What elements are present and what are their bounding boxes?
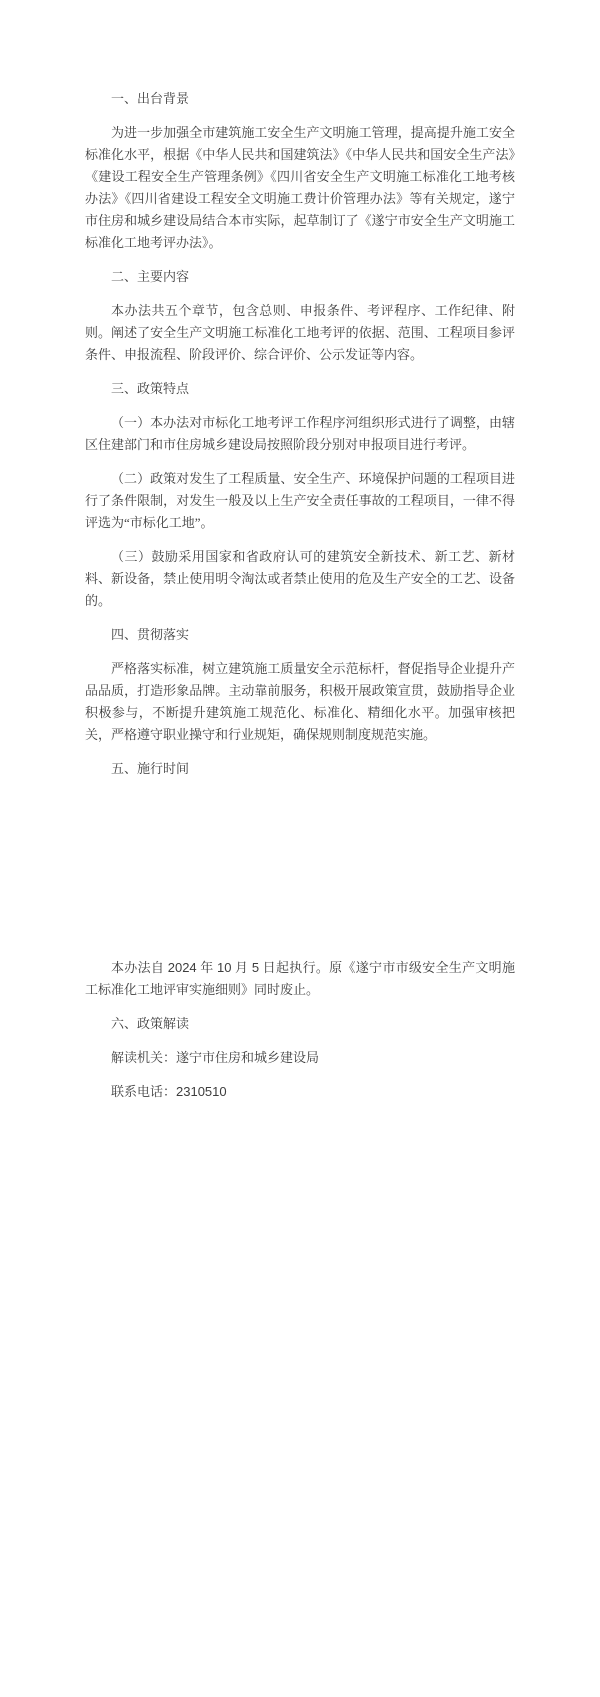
heading-main-content: 二、主要内容	[85, 266, 515, 288]
heading-implementation: 四、贯彻落实	[85, 624, 515, 646]
para-interpretation-agency: 解读机关：遂宁市住房和城乡建设局	[85, 1047, 515, 1069]
para-contact-phone: 联系电话：2310510	[85, 1081, 515, 1103]
para-main-content: 本办法共五个章节，包含总则、申报条件、考评程序、工作纪律、附则。阐述了安全生产文…	[85, 300, 515, 366]
para-feature-3: （三）鼓励采用国家和省政府认可的建筑安全新技术、新工艺、新材料、新设备，禁止使用…	[85, 546, 515, 612]
heading-policy-interpretation: 六、政策解读	[85, 1013, 515, 1035]
heading-effective-date: 五、施行时间	[85, 758, 515, 780]
para-feature-2: （二）政策对发生了工程质量、安全生产、环境保护问题的工程项目进行了条件限制，对发…	[85, 468, 515, 534]
heading-background: 一、出台背景	[85, 88, 515, 110]
para-background: 为进一步加强全市建筑施工安全生产文明施工管理，提高提升施工安全标准化水平，根据《…	[85, 122, 515, 254]
heading-policy-features: 三、政策特点	[85, 378, 515, 400]
page-break-gap	[85, 792, 515, 957]
policy-document-page: 一、出台背景 为进一步加强全市建筑施工安全生产文明施工管理，提高提升施工安全标准…	[0, 0, 600, 1697]
para-feature-1: （一）本办法对市标化工地考评工作程序河组织形式进行了调整，由辖区住建部门和市住房…	[85, 412, 515, 456]
document-body: 一、出台背景 为进一步加强全市建筑施工安全生产文明施工管理，提高提升施工安全标准…	[0, 0, 600, 1103]
para-implementation: 严格落实标准，树立建筑施工质量安全示范标杆，督促指导企业提升产品品质，打造形象品…	[85, 658, 515, 746]
para-effective-date: 本办法自 2024 年 10 月 5 日起执行。原《遂宁市市级安全生产文明施工标…	[85, 957, 515, 1001]
